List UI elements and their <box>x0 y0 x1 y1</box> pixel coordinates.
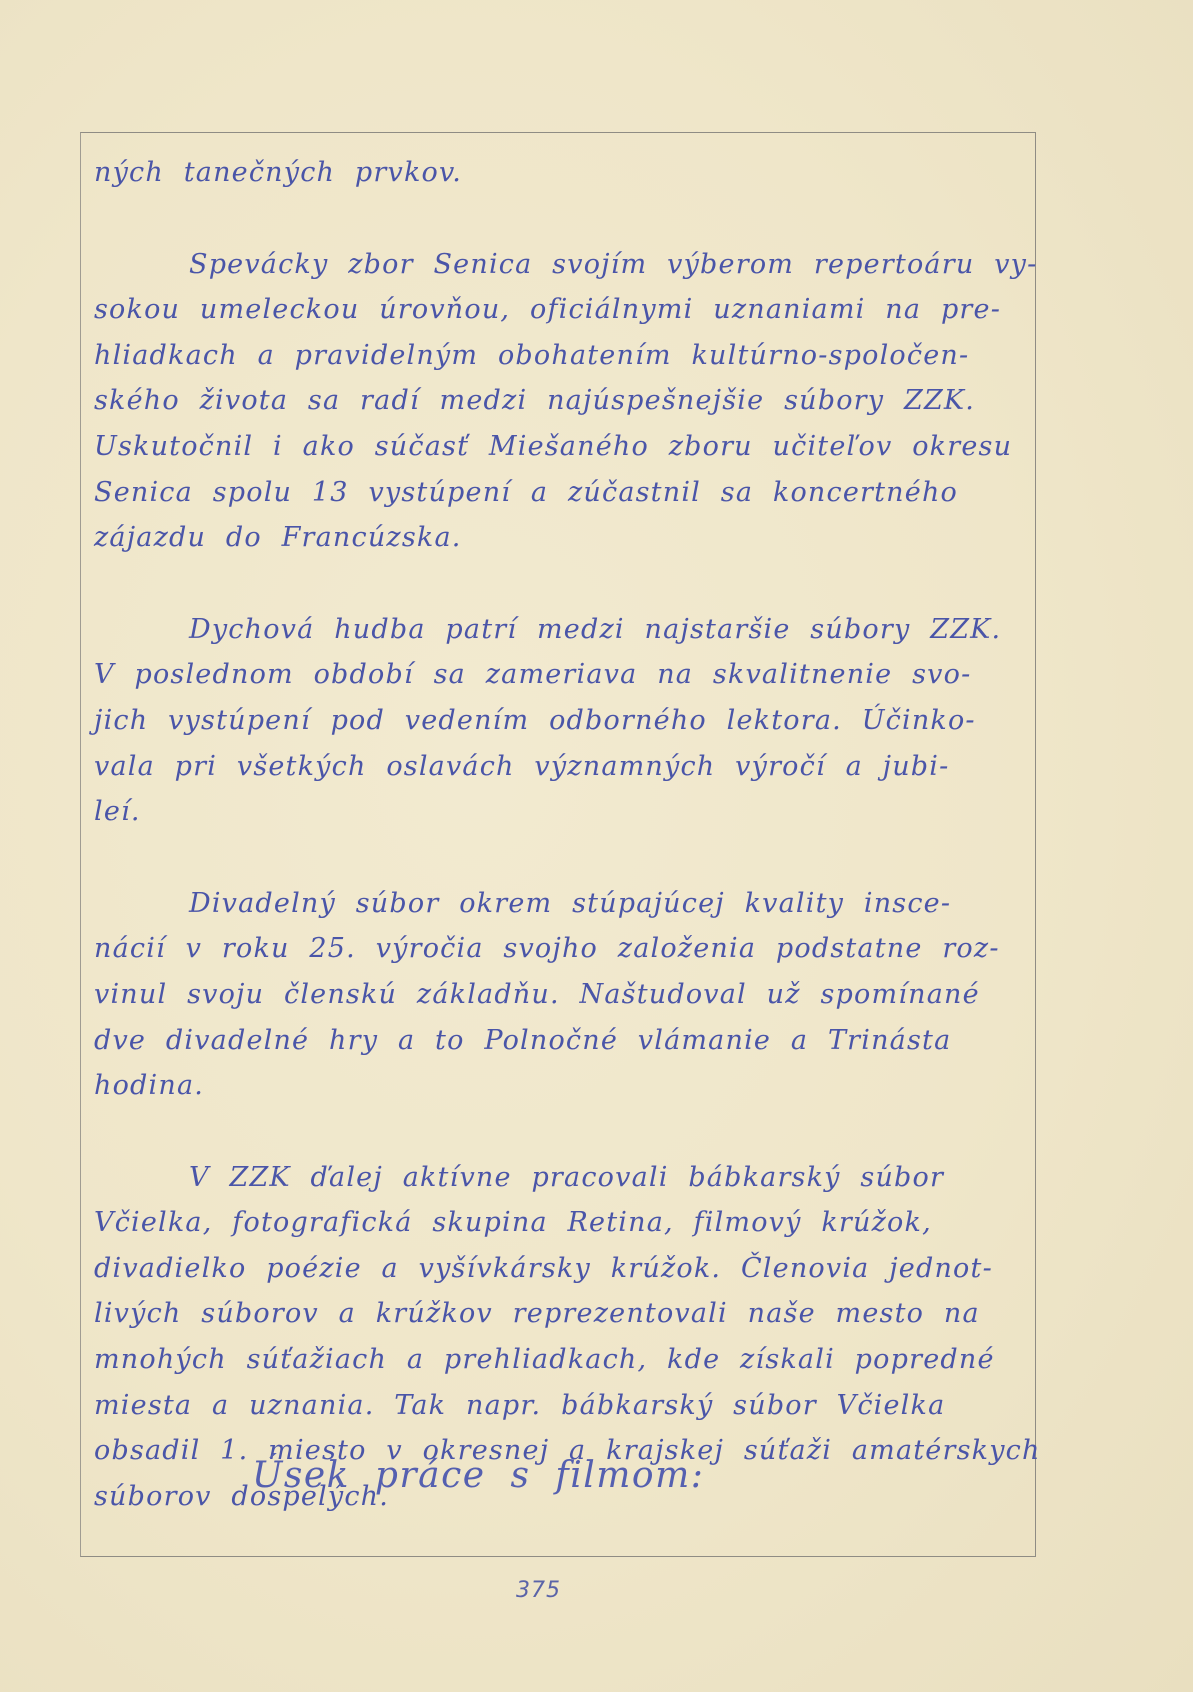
text-line: jich vystúpení pod vedením odborného lek… <box>94 698 1024 744</box>
text-line: dve divadelné hry a to Polnočné vlámanie… <box>94 1018 1024 1064</box>
text-line: ných tanečných prvkov. <box>94 150 1024 196</box>
text-line: Uskutočnil i ako súčasť Miešaného zboru … <box>94 424 1024 470</box>
text-line: hliadkach a pravidelným obohatením kultú… <box>94 333 1024 379</box>
text-line: divadielko poézie a vyšívkársky krúžok. … <box>94 1246 1024 1292</box>
page-number: 375 <box>516 1578 561 1603</box>
handwritten-text-body: ných tanečných prvkov. Spevácky zbor Sen… <box>94 150 1024 1519</box>
text-line: Včielka, fotografická skupina Retina, fi… <box>94 1200 1024 1246</box>
paragraph-dychova-hudba: Dychová hudba patrí medzi najstaršie súb… <box>94 607 1024 835</box>
text-line: mnohých súťažiach a prehliadkach, kde zí… <box>94 1337 1024 1383</box>
text-line: Dychová hudba patrí medzi najstaršie súb… <box>94 607 1024 653</box>
text-line: vinul svoju členskú základňu. Naštudoval… <box>94 972 1024 1018</box>
text-line: V poslednom období sa zameriava na skval… <box>94 652 1024 698</box>
text-line: leí. <box>94 789 1024 835</box>
text-line: ského života sa radí medzi najúspešnejši… <box>94 378 1024 424</box>
text-line: livých súborov a krúžkov reprezentovali … <box>94 1291 1024 1337</box>
paragraph-divadelny-subor: Divadelný súbor okrem stúpajúcej kvality… <box>94 881 1024 1109</box>
text-line: Senica spolu 13 vystúpení a zúčastnil sa… <box>94 470 1024 516</box>
text-line: miesta a uznania. Tak napr. bábkarský sú… <box>94 1383 1024 1429</box>
section-heading: Úsek práce s filmom: <box>252 1455 704 1496</box>
text-line: V ZZK ďalej aktívne pracovali bábkarský … <box>94 1155 1024 1201</box>
paragraph-continuation: ných tanečných prvkov. <box>94 150 1024 196</box>
text-line: Spevácky zbor Senica svojím výberom repe… <box>94 242 1024 288</box>
text-line: hodina. <box>94 1063 1024 1109</box>
text-line: Divadelný súbor okrem stúpajúcej kvality… <box>94 881 1024 927</box>
text-line: sokou umeleckou úrovňou, oficiálnymi uzn… <box>94 287 1024 333</box>
text-line: nácií v roku 25. výročia svojho založeni… <box>94 926 1024 972</box>
text-line: zájazdu do Francúzska. <box>94 515 1024 561</box>
text-line: vala pri všetkých oslavách významných vý… <box>94 744 1024 790</box>
paragraph-spevacky-zbor: Spevácky zbor Senica svojím výberom repe… <box>94 242 1024 561</box>
